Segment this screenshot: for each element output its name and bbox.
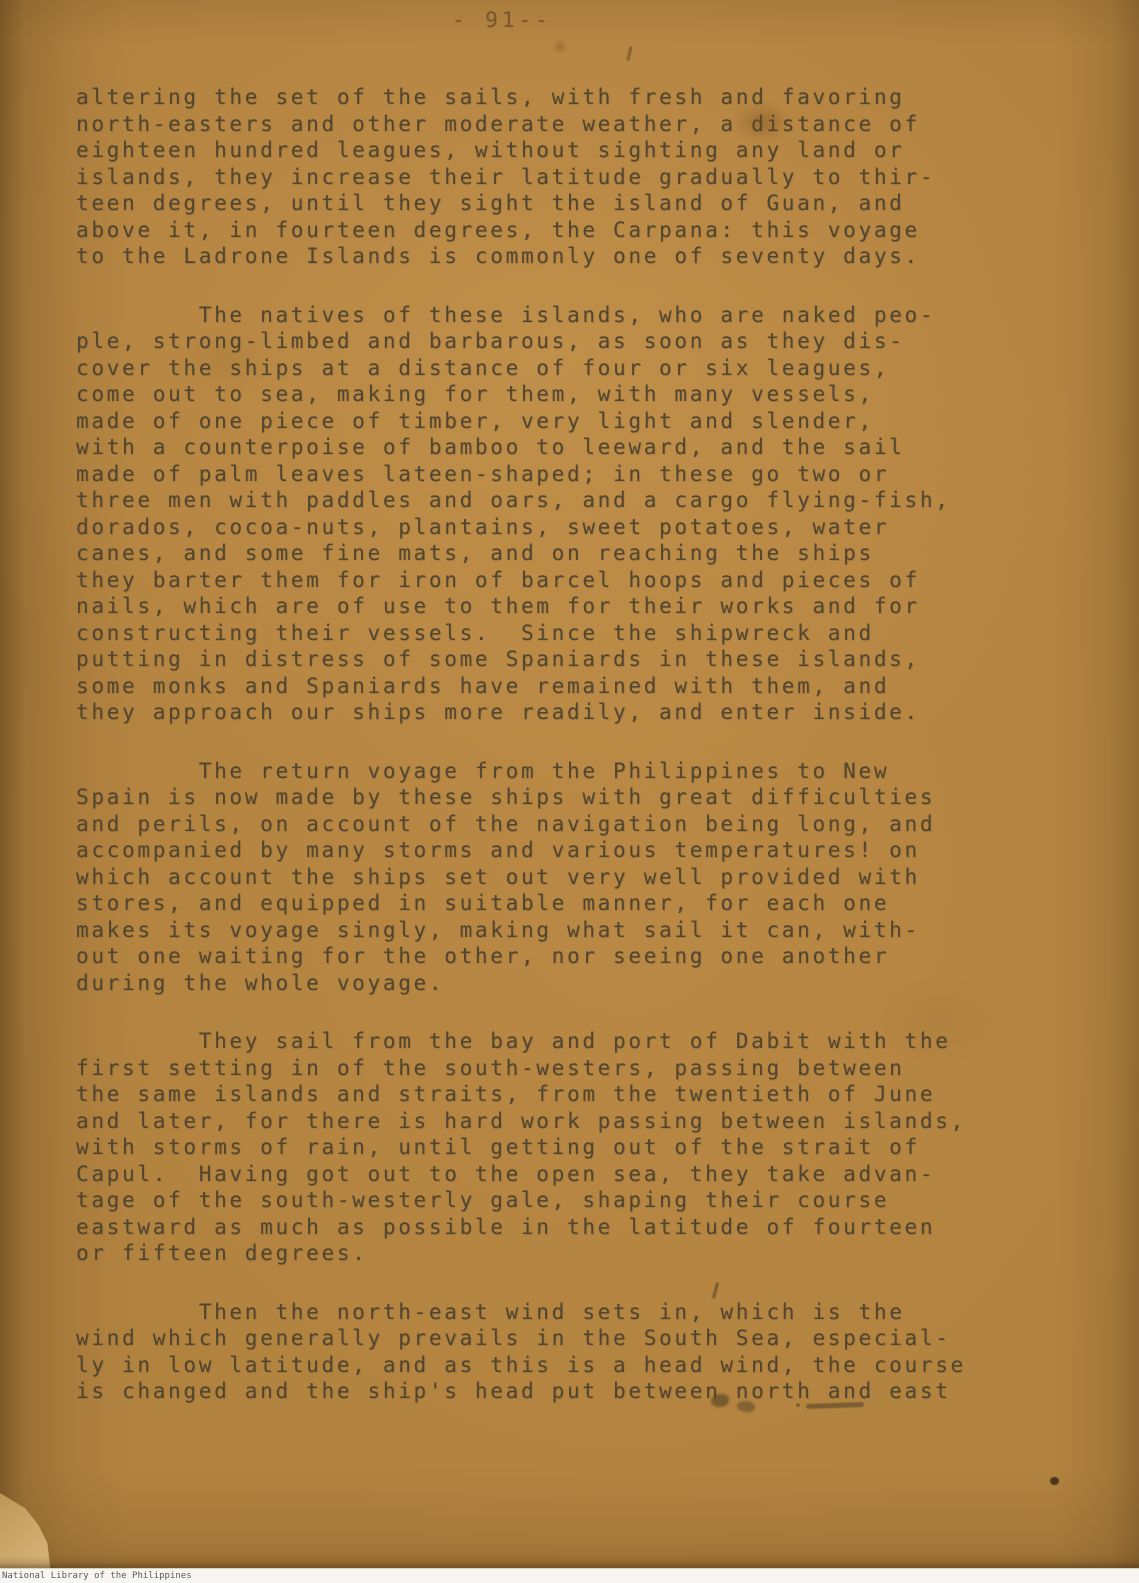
page-number: - 91-- [452,8,552,32]
paragraph-3: The return voyage from the Philippines t… [76,758,1086,997]
paper-spot [1050,1477,1059,1485]
scanned-document-page: - 91-- altering the set of the sails, wi… [0,0,1139,1583]
paragraph-2: The natives of these islands, who are na… [76,302,1086,726]
document-body: altering the set of the sails, with fres… [76,84,1086,1437]
paragraph-4: They sail from the bay and port of Dabit… [76,1028,1086,1267]
footer-strip: National Library of the Philippines [0,1568,1139,1583]
paragraph-1: altering the set of the sails, with fres… [76,84,1086,270]
paper-stain [552,40,568,54]
footer-label: National Library of the Philippines [2,1571,192,1582]
paper-stain [626,46,633,61]
paragraph-5: Then the north-east wind sets in, which … [76,1299,1086,1405]
